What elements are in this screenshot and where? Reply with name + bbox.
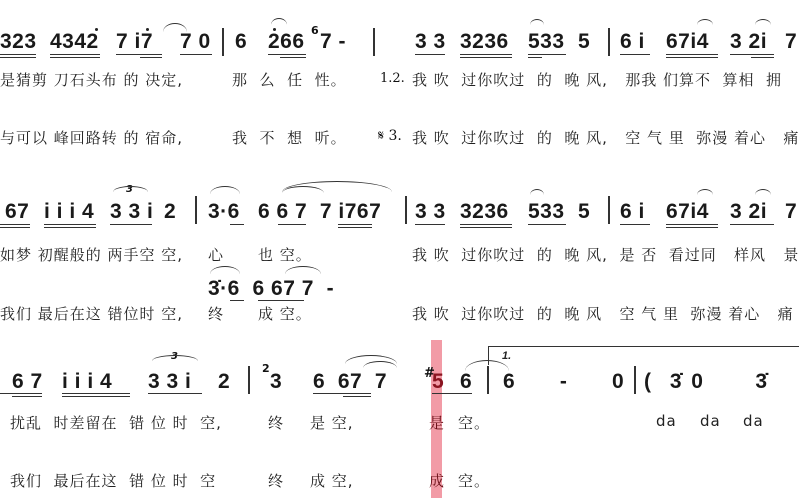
grace-note: 6 xyxy=(311,24,319,37)
notes-group: 67 xyxy=(5,200,29,224)
lyrics-verse2: 空。 xyxy=(458,470,490,491)
volta-bracket xyxy=(488,346,799,365)
beam xyxy=(62,396,130,397)
volta-label: 1. xyxy=(502,350,511,362)
beam xyxy=(258,300,304,301)
beam xyxy=(110,224,152,225)
beam xyxy=(268,54,306,55)
beam xyxy=(180,54,212,55)
lyrics-verse2: 我 不 想 听。 xyxy=(232,127,347,148)
barline xyxy=(405,196,407,224)
tie xyxy=(755,19,771,25)
beam xyxy=(230,300,244,301)
notes-group: 3 2i xyxy=(730,200,767,224)
tie xyxy=(697,19,713,25)
notes-measure-a: 323 xyxy=(0,30,37,54)
tie xyxy=(755,189,771,195)
notes-group: 67i4 xyxy=(666,200,709,224)
lyrics-verse2: 终 xyxy=(208,303,224,324)
lyrics-verse1: 我 吹 过你吹过 的 晚 风, 是 否 看过同 样风 景 xyxy=(412,244,799,265)
lyrics-verse1: 是 空, xyxy=(310,412,354,433)
barline xyxy=(222,28,224,56)
barline xyxy=(608,196,610,224)
note: 3 xyxy=(270,370,282,394)
grace-note: 2 xyxy=(262,362,270,375)
notes-group: 3 2i xyxy=(730,30,767,54)
notes-group: 3 3 xyxy=(415,30,446,54)
note: 2 xyxy=(218,370,230,394)
beam xyxy=(415,224,445,225)
beam xyxy=(666,57,718,58)
beam xyxy=(116,54,162,55)
lyrics-verse2: 我们 最后在这 错 位 时 空 xyxy=(10,470,216,491)
notes-group: 266 xyxy=(268,30,305,54)
beam xyxy=(528,54,566,55)
notes-group: 4342 xyxy=(50,30,99,54)
beam xyxy=(730,54,774,55)
triplet-bracket xyxy=(152,355,198,361)
lyrics-verse1: 那 么 任 性。 xyxy=(232,69,347,90)
octave-dot xyxy=(273,28,276,31)
notes-group: 67i4 xyxy=(666,30,709,54)
tie xyxy=(163,23,187,32)
beam xyxy=(666,54,718,55)
tie xyxy=(285,266,321,274)
lyrics-verse2: 我 吹 过你吹过 的 晚 风 空 气 里 弥漫 着心 痛 xyxy=(412,303,794,324)
note: 6 xyxy=(235,30,247,54)
lyrics-da: da xyxy=(743,412,764,430)
lyrics-current: 是 xyxy=(429,412,445,433)
tie xyxy=(363,361,397,368)
beam xyxy=(0,54,36,55)
lyrics-da: da xyxy=(700,412,721,430)
lyrics-verse1: 扰乱 时差留在 错 位 时 空, xyxy=(10,412,222,433)
notes-group: i i i 4 xyxy=(44,200,94,224)
lyrics-verse2: 我 吹 过你吹过 的 晚 风, 空 气 里 弥漫 着心 痛 xyxy=(412,127,799,148)
lyrics-verse1: 也 空。 xyxy=(258,244,312,265)
beam xyxy=(278,224,306,225)
lyrics-verse2: 我们 最后在这 错位时 空, xyxy=(0,303,183,324)
note: 6 xyxy=(460,370,472,394)
tie xyxy=(530,19,544,25)
notes-group: i i i 4 xyxy=(62,370,112,394)
barline xyxy=(634,366,636,394)
beam xyxy=(0,57,36,58)
lyrics-verse2: 与可以 峰回路转 的 宿命, xyxy=(0,127,183,148)
beam xyxy=(140,57,162,58)
tie xyxy=(697,189,713,195)
lyrics-verse2: 成 空。 xyxy=(258,303,312,324)
barline xyxy=(248,366,250,394)
beam xyxy=(528,57,542,58)
tie xyxy=(530,189,544,195)
segno-marker: 𝄋 3. xyxy=(378,128,402,144)
beam xyxy=(666,224,718,225)
barline xyxy=(195,196,197,224)
lyrics-verse1: 终 xyxy=(268,412,284,433)
verse-marker: 1.2. xyxy=(380,71,405,86)
current-note: 5 xyxy=(432,370,444,394)
lyrics-verse1: 是猜剪 刀石头布 的 决定, xyxy=(0,69,183,90)
beam xyxy=(620,224,650,225)
lyrics-verse2: 终 xyxy=(268,470,284,491)
barline xyxy=(373,28,375,56)
lyrics-verse1: 我 吹 过你吹过 的 晚 风, 那我 们算不 算相 拥 xyxy=(412,69,782,90)
beam xyxy=(460,54,512,55)
barline xyxy=(608,28,610,56)
beam xyxy=(62,393,130,394)
beam xyxy=(460,224,512,225)
notes-group: 6 i xyxy=(620,200,645,224)
notes-group: 7 0 xyxy=(180,30,211,54)
beam xyxy=(230,224,244,225)
note: 7 xyxy=(785,200,797,224)
beam xyxy=(415,54,445,55)
alt-notes: 3̇·6 6 67 7 - xyxy=(208,277,334,301)
note: 7 xyxy=(785,30,797,54)
lyrics-da: da xyxy=(656,412,677,430)
beam xyxy=(0,227,30,228)
beam xyxy=(148,393,202,394)
notes-group: 3 3 i xyxy=(110,200,153,224)
notes-group: 6 7 xyxy=(12,370,43,394)
beam xyxy=(338,227,372,228)
beam xyxy=(666,227,718,228)
beam xyxy=(44,224,96,225)
beam xyxy=(620,54,650,55)
note: 2 xyxy=(164,200,176,224)
octave-dot xyxy=(95,28,98,31)
lyrics-verse1: 空。 xyxy=(458,412,490,433)
lyrics-verse1: 如梦 初醒般的 两手空 空, xyxy=(0,244,183,265)
notes-group: 533 xyxy=(528,30,565,54)
notes-group: 7 i7 xyxy=(116,30,153,54)
notes-group: 6 i xyxy=(620,30,645,54)
beam xyxy=(730,224,774,225)
lyrics-verse1: 心 xyxy=(208,244,224,265)
phrase-slur xyxy=(282,181,392,192)
tie xyxy=(271,18,287,25)
notes-group: 7 - xyxy=(320,30,346,54)
beam xyxy=(338,224,372,225)
beam xyxy=(44,227,96,228)
beam xyxy=(0,224,30,225)
note: 5 xyxy=(578,30,590,54)
triplet-bracket xyxy=(113,186,148,192)
tie xyxy=(210,266,240,274)
beam xyxy=(460,57,512,58)
lyrics-current: 成 xyxy=(429,470,445,491)
beam xyxy=(50,54,100,55)
notes-group: 6 67 7 xyxy=(313,370,387,394)
notes-group: 3236 xyxy=(460,200,509,224)
beam xyxy=(50,57,100,58)
barline xyxy=(487,366,489,394)
notes-group: 3 3 i xyxy=(148,370,191,394)
notes-group: 6 6 7 7 i767 xyxy=(258,200,381,224)
lyrics-verse2: 成 空, xyxy=(310,470,354,491)
beam xyxy=(280,57,306,58)
tie xyxy=(210,186,240,194)
notes-group: 3236 xyxy=(460,30,509,54)
notes-group: ( 3̇ 3̇ 2̇ - xyxy=(644,370,799,394)
beam xyxy=(0,393,42,394)
note: 5 xyxy=(578,200,590,224)
notes-group: 3 3 xyxy=(415,200,446,224)
beam xyxy=(460,227,512,228)
beam xyxy=(343,396,371,397)
notes-group: 3·6 xyxy=(208,200,240,224)
beam xyxy=(432,393,472,394)
octave-dot xyxy=(146,28,149,31)
notes-group: 533 xyxy=(528,200,565,224)
beam xyxy=(751,57,774,58)
beam xyxy=(313,393,371,394)
beam xyxy=(12,396,42,397)
beam xyxy=(528,224,566,225)
